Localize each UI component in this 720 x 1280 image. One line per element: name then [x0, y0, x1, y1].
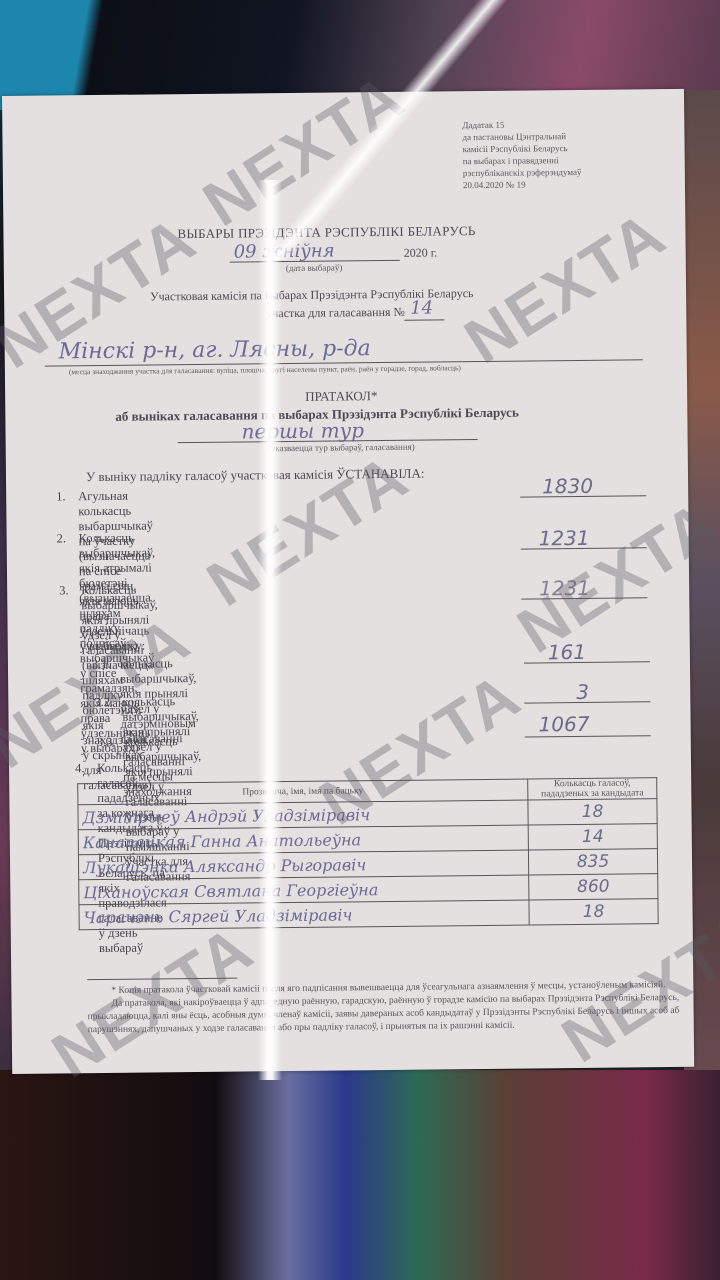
- background-bottom: [0, 1070, 720, 1280]
- date-caption: (дата выбараў): [286, 262, 343, 273]
- footnote-paragraph: Да пратакола, які накіроўваецца ў адпаве…: [87, 992, 687, 1037]
- precinct-label: участка для галасавання №: [266, 305, 405, 321]
- item-number: 3.: [59, 583, 69, 598]
- footnote-divider: [87, 978, 237, 981]
- candidate-votes: 14: [528, 824, 657, 850]
- annex-line: камісіі Рэспублікі Беларусь: [463, 142, 582, 155]
- item-number: 3.3.: [97, 735, 116, 750]
- annex-line: 20.04.2020 № 19: [463, 178, 582, 191]
- precinct-number: 14: [410, 297, 433, 318]
- item-3-value: 1231: [539, 576, 590, 601]
- table-row: Чарачэнь Сяргей Уладзіміравіч 18: [79, 899, 658, 930]
- item-3-3-value: 1067: [538, 712, 589, 737]
- watermark: NEXTA: [452, 196, 679, 378]
- candidate-name: Чарачэнь Сяргей Уладзіміравіч: [79, 900, 529, 930]
- item-number: 2.: [57, 531, 67, 546]
- candidate-votes: 835: [528, 849, 657, 875]
- item-number: 3.1.: [92, 657, 111, 672]
- watermark: NEXTA: [505, 486, 720, 668]
- precinct-location: Мінскі р-н, аг. Лясны, р-да: [59, 336, 371, 364]
- item-3-2-value: 3: [576, 680, 589, 704]
- item-2-value: 1231: [539, 526, 590, 551]
- established-heading: У выніку падліку галасоў участковая камі…: [86, 466, 425, 486]
- election-year: 2020 г.: [404, 245, 438, 260]
- item-number: 3.2.: [94, 695, 113, 710]
- election-title: ВЫБАРЫ ПРЭЗІДЭНТА РЭСПУБЛІКІ БЕЛАРУСЬ: [177, 223, 475, 242]
- column-header-votes: Колькасць галасоў, пададзеных за кандыда…: [528, 778, 657, 800]
- item-1-value: 1830: [542, 474, 593, 499]
- item-number: 4.: [75, 761, 85, 776]
- protocol-document: Дадатак 15 да пастановы Цэнтральнай камі…: [2, 89, 694, 1074]
- round-caption: (указваецца тур выбараў, галасавання): [268, 442, 415, 454]
- annex-reference: Дадатак 15 да пастановы Цэнтральнай камі…: [462, 118, 581, 191]
- annex-line: рэспубліканскіх рэферэндумаў: [463, 166, 582, 179]
- candidate-votes: 18: [529, 899, 658, 925]
- precinct-underline: [404, 319, 444, 320]
- candidates-table: Прозвішча, імя, імя па бацьку Колькасць …: [77, 777, 659, 930]
- item-number: 1.: [56, 489, 66, 504]
- subitems-intro: у тым ліку:: [86, 639, 146, 655]
- footnote: * Копія пратакола ўчастковай камісіі пас…: [87, 979, 688, 1037]
- item-3-1-value: 161: [548, 640, 586, 664]
- protocol-title: ПРАТАКОЛ*: [305, 388, 377, 405]
- candidate-votes: 18: [528, 799, 657, 825]
- item-3-3-underline: [525, 735, 651, 737]
- candidate-votes: 860: [529, 874, 658, 900]
- item-3-1-underline: [524, 661, 650, 663]
